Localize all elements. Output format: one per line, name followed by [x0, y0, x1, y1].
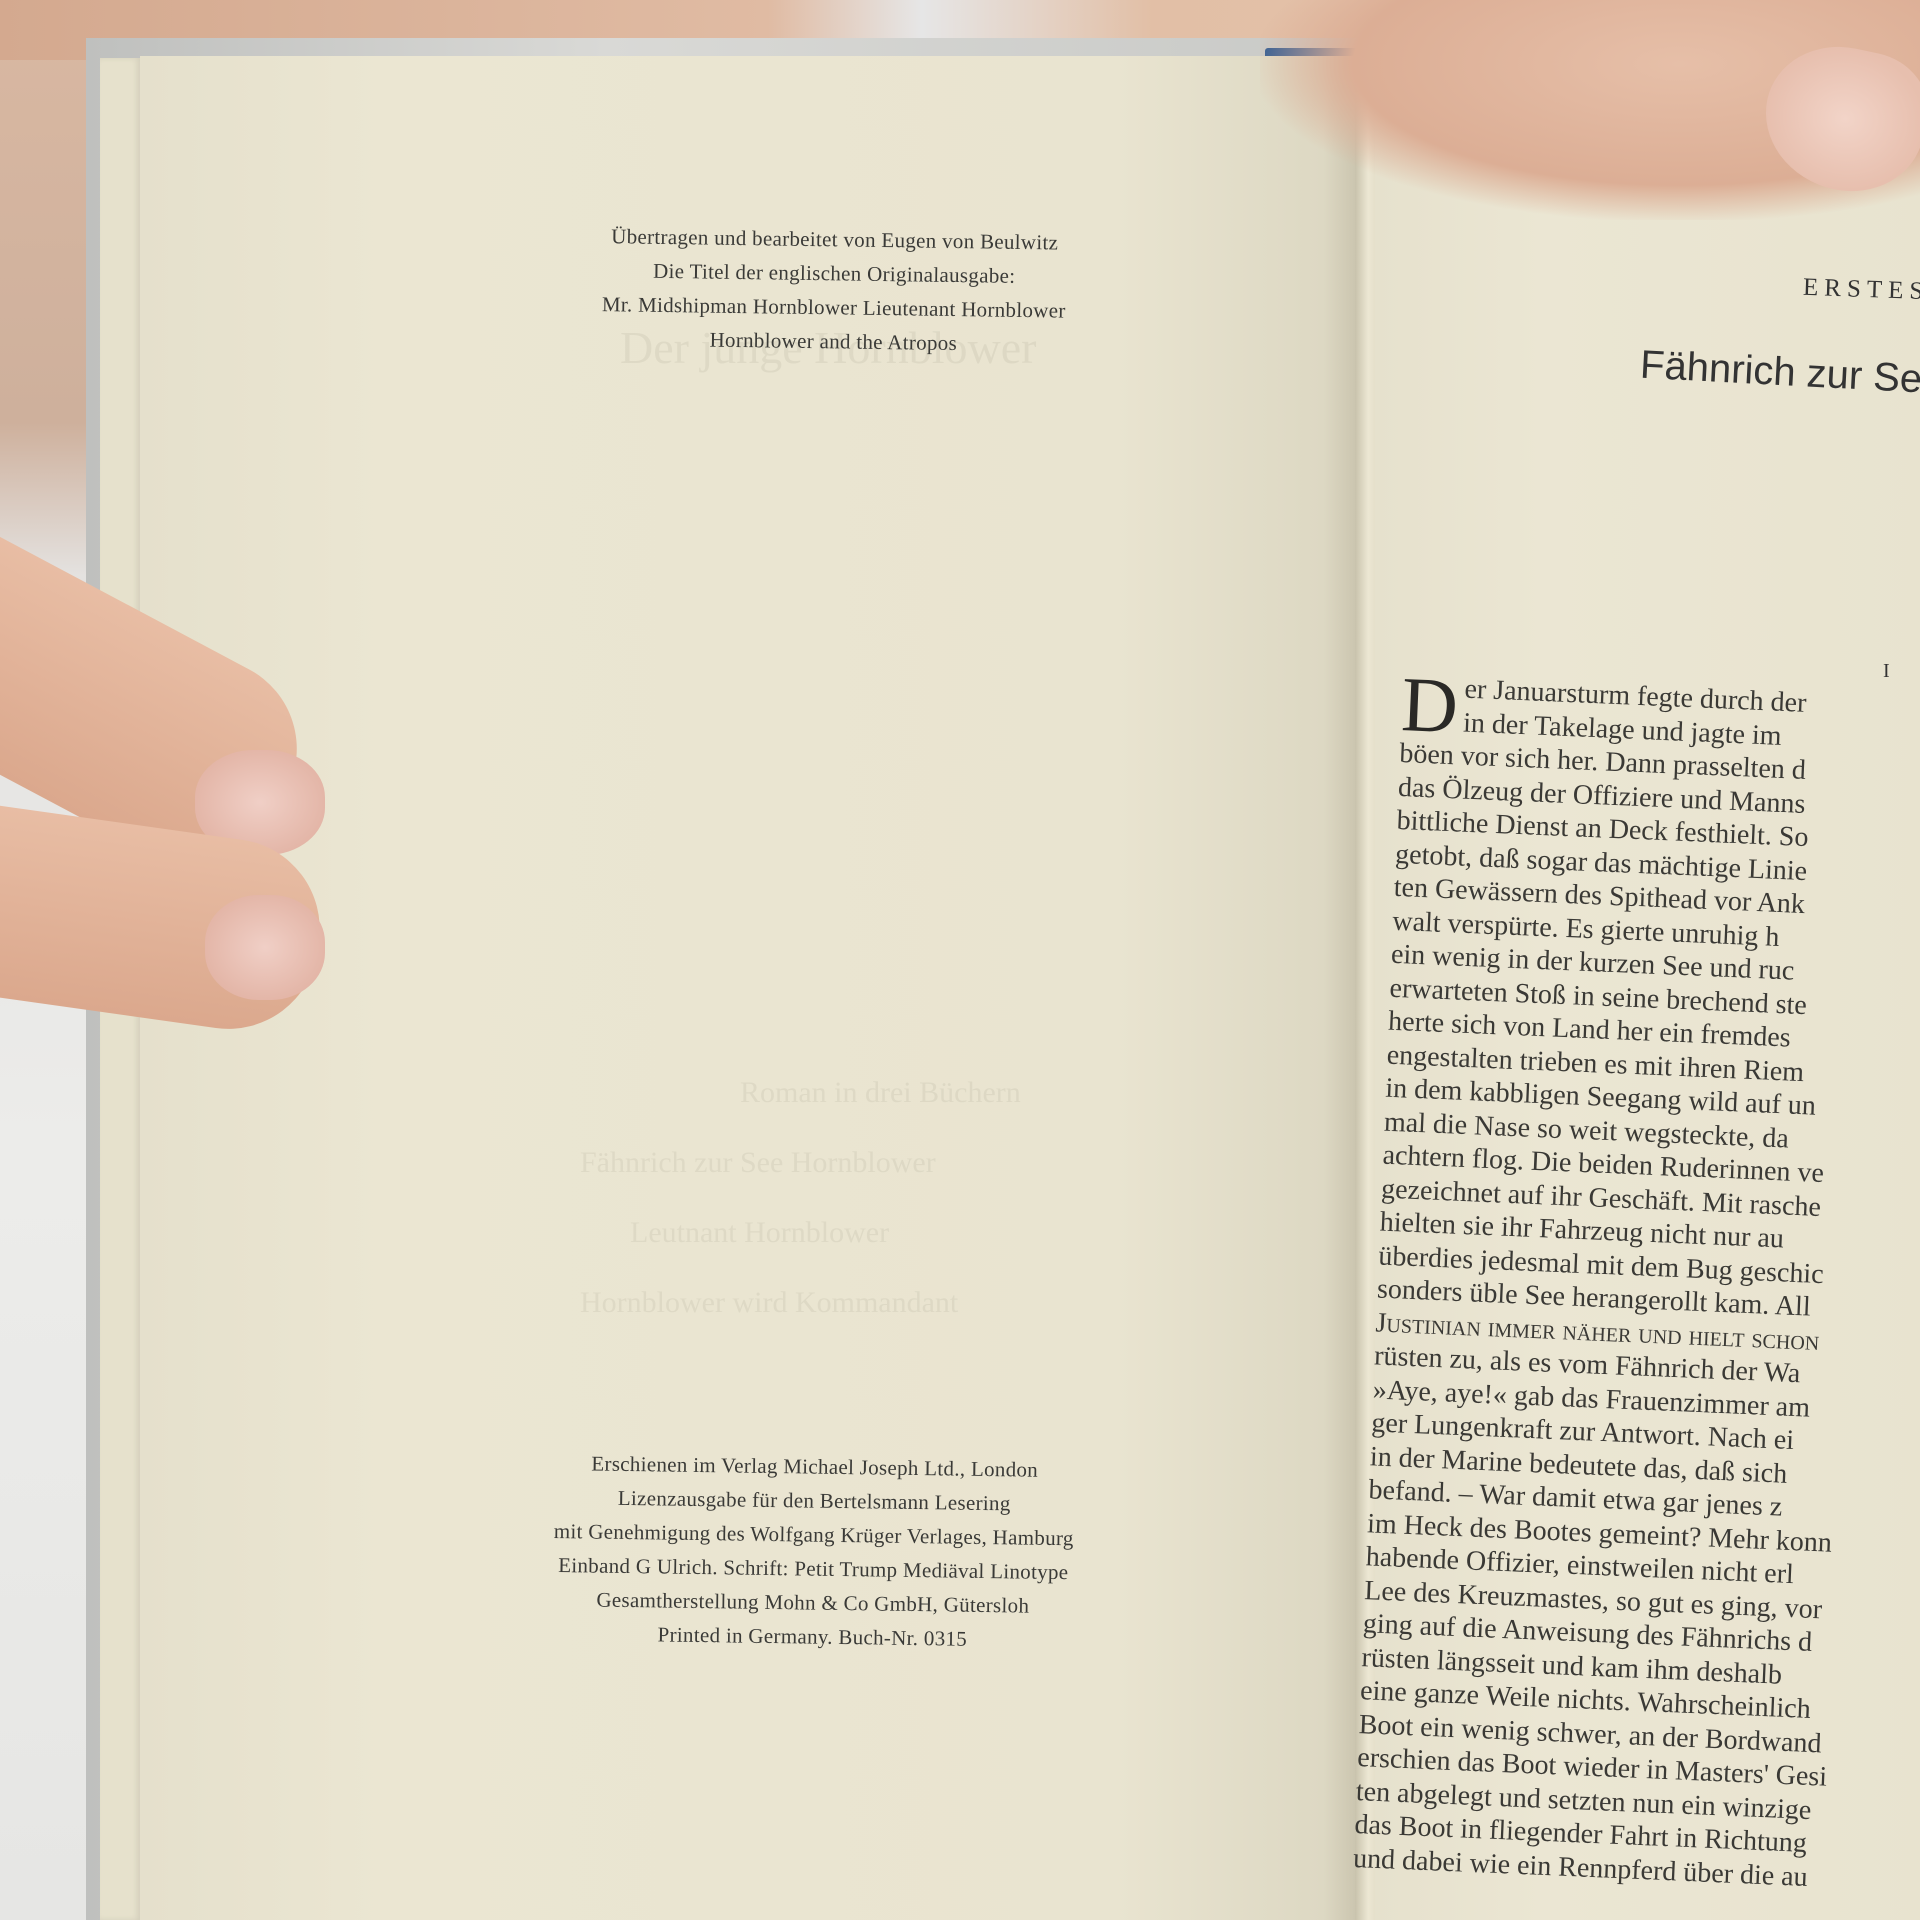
- show-through-line: Roman in drei Büchern: [740, 1076, 1021, 1110]
- dropcap-letter: D: [1400, 672, 1459, 738]
- show-through-line: Leutnant Hornblower: [630, 1216, 889, 1250]
- show-through-line: Fähnrich zur See Hornblower: [580, 1146, 936, 1180]
- show-through-line: Hornblower wird Kommandant: [580, 1286, 958, 1320]
- hand-left: [0, 505, 395, 1025]
- section-number: I: [1883, 660, 1890, 683]
- fingernail: [205, 895, 325, 1000]
- chapter-label: ERSTES: [1803, 274, 1920, 306]
- translation-credits: Übertragen und bearbeitet von Eugen von …: [523, 218, 1145, 363]
- publication-imprint: Erschienen im Verlag Michael Joseph Ltd.…: [482, 1445, 1145, 1658]
- chapter-body-text: D er Januarsturm fegte durch der in der …: [1352, 670, 1920, 1898]
